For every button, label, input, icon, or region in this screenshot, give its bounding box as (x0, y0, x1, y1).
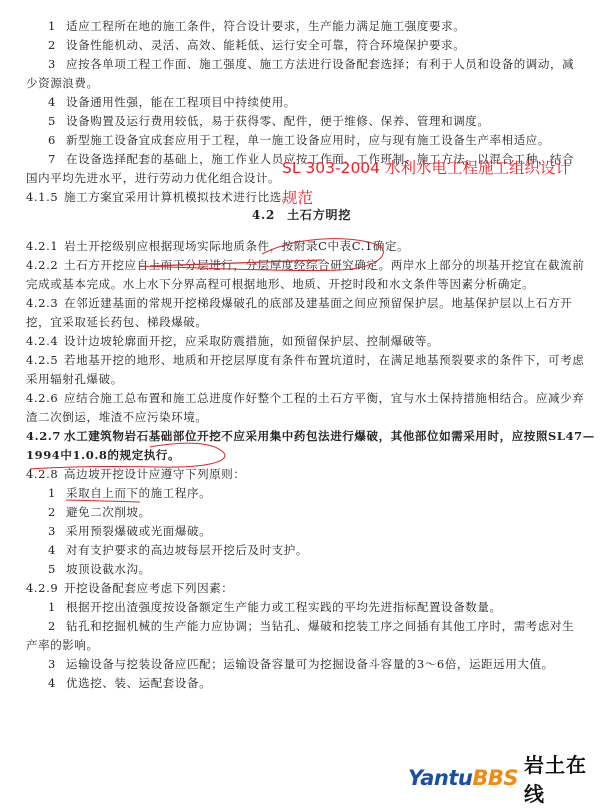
list-item: 2避免二次削坡。 (48, 504, 603, 520)
item-number: 3 (48, 656, 66, 672)
clause-number: 4.2.8 (26, 466, 64, 482)
clause-4-2-4: 4.2.4设计边坡轮廓面开挖，应采取防震措施，如预留保护层、控制爆破等。 (26, 333, 586, 349)
clause-continuation: 挖，宜采取延长药包、梯段爆破。 (26, 314, 586, 330)
watermark-logo: Yantu BBS 岩土在线 (408, 763, 603, 793)
clause-4-2-9: 4.2.9开挖设备配套应考虑下列因素： (26, 580, 586, 596)
item-number: 5 (48, 561, 66, 577)
document-page: 1适应工程所在地的施工条件，符合设计要求，生产能力满足施工强度要求。 2设备性能… (0, 0, 603, 808)
clause-text: 施工方案宜采用计算机模拟技术进行比选。 (64, 190, 294, 204)
item-text: 坡顶设截水沟。 (66, 562, 151, 576)
item-text: 对有支护要求的高边坡每层开挖后及时支护。 (66, 543, 308, 557)
list-item: 4优选挖、装、运配套设备。 (48, 675, 603, 691)
list-item: 2设备性能机动、灵活、高效、能耗低、运行安全可靠，符合环境保护要求。 (48, 37, 603, 53)
list-item: 1根据开挖出渣强度按设备额定生产能力或工程实践的平均先进指标配置设备数量。 (48, 599, 603, 615)
list-item: 1采取自上而下的施工程序。 (48, 485, 603, 501)
list-item: 6新型施工设备宜成套应用于工程，单一施工设备应用时，应与现有施工设备生产率相适应… (48, 132, 603, 148)
list-item: 4对有支护要求的高边坡每层开挖后及时支护。 (48, 542, 603, 558)
item-text: 钻孔和挖掘机械的生产能力应协调；当钻孔、爆破和挖装工序之间插有其他工序时，需考虑… (66, 619, 574, 633)
item-text: 优选挖、装、运配套设备。 (66, 676, 211, 690)
item-number: 2 (48, 618, 66, 634)
clause-text: 岩土开挖级别应根据现场实际地质条件，按附录C中表C.1确定。 (64, 239, 409, 253)
item-number: 3 (48, 523, 66, 539)
clause-4-2-2: 4.2.2土石方开挖应自上而下分层进行，分层厚度经综合研究确定。两岸水上部分的坝… (26, 257, 586, 273)
watermark-brand-cn: 岩土在线 (524, 749, 603, 807)
item-text: 采用预裂爆破或光面爆破。 (66, 524, 211, 538)
watermark-brand-bbs: BBS (472, 766, 518, 790)
list-item-continuation: 少资源浪费。 (26, 75, 586, 91)
clause-number: 4.2.5 (26, 352, 64, 368)
list-item-continuation: 产率的影响。 (26, 637, 586, 653)
clause-4-2-3: 4.2.3在邻近建基面的常规开挖梯段爆破孔的底部及建基面之间应预留保护层。地基保… (26, 295, 586, 311)
item-text: 设备购置及运行费用较低，易于获得零、配件，便于维修、保养、管理和调度。 (66, 114, 490, 128)
red-annotation-title: SL 303-2004 水利水电工程施工组织设计规范 (282, 153, 582, 213)
clause-text: 水工建筑物岩石基础部位开挖不应采用集中药包法进行爆破，其他部位如需采用时，应按照… (64, 429, 595, 443)
item-number: 4 (48, 94, 66, 110)
clause-number: 4.2.3 (26, 295, 64, 311)
item-text: 采取自上而下的施工程序。 (66, 486, 211, 500)
list-item: 3应按各单项工程工作面、施工强度、施工方法进行设备配套选择；有利于人员和设备的调… (48, 56, 603, 72)
item-number: 4 (48, 542, 66, 558)
clause-number: 4.1.5 (26, 189, 64, 205)
clause-number: 4.2.2 (26, 257, 64, 273)
item-text: 适应工程所在地的施工条件，符合设计要求，生产能力满足施工强度要求。 (66, 19, 465, 33)
clause-continuation: 渣二次倒运，堆渣不应污染环境。 (26, 409, 586, 425)
item-number: 5 (48, 113, 66, 129)
clause-text: 土石方开挖应自上而下分层进行，分层厚度经综合研究确定。两岸水上部分的坝基开挖宜在… (64, 258, 584, 272)
list-item: 5设备购置及运行费用较低，易于获得零、配件，便于维修、保养、管理和调度。 (48, 113, 603, 129)
clause-number: 4.2.7 (26, 428, 64, 444)
clause-continuation: 采用辐射孔爆破。 (26, 371, 586, 387)
clause-number: 4.2.9 (26, 580, 64, 596)
item-number: 2 (48, 37, 66, 53)
watermark-brand-yantu: Yantu (408, 766, 472, 790)
item-number: 1 (48, 18, 66, 34)
clause-4-2-5: 4.2.5若地基开挖的地形、地质和开挖层厚度有条件布置坑道时，在满足地基预裂要求… (26, 352, 586, 368)
clause-number: 4.2.6 (26, 390, 64, 406)
item-text: 新型施工设备宜成套应用于工程，单一施工设备应用时，应与现有施工设备生产率相适应。 (66, 133, 550, 147)
section-heading: 4.2土石方明挖 (0, 206, 603, 223)
clause-4-2-1: 4.2.1岩土开挖级别应根据现场实际地质条件，按附录C中表C.1确定。 (26, 238, 586, 254)
clause-text: 应结合施工总布置和施工总进度作好整个工程的土石方平衡，宜与水土保持措施相结合。应… (64, 391, 584, 405)
clause-number: 4.2.1 (26, 238, 64, 254)
list-item: 2钻孔和挖掘机械的生产能力应协调；当钻孔、爆破和挖装工序之间插有其他工序时，需考… (48, 618, 603, 634)
item-text: 应按各单项工程工作面、施工强度、施工方法进行设备配套选择；有利于人员和设备的调动… (66, 57, 574, 71)
item-text: 运输设备与挖装设备应匹配；运输设备容量可为挖掘设备斗容量的3～6倍，运距远用大值… (66, 657, 554, 671)
item-text: 设备通用性强，能在工程项目中持续使用。 (66, 95, 296, 109)
clause-4-2-8: 4.2.8高边坡开挖设计应遵守下列原则： (26, 466, 586, 482)
list-item: 1适应工程所在地的施工条件，符合设计要求，生产能力满足施工强度要求。 (48, 18, 603, 34)
list-item: 4设备通用性强，能在工程项目中持续使用。 (48, 94, 603, 110)
item-text: 根据开挖出渣强度按设备额定生产能力或工程实践的平均先进指标配置设备数量。 (66, 600, 502, 614)
section-number: 4.2 (252, 208, 275, 222)
item-number: 7 (48, 151, 66, 167)
item-number: 6 (48, 132, 66, 148)
clause-text: 在邻近建基面的常规开挖梯段爆破孔的底部及建基面之间应预留保护层。地基保护层以上石… (64, 296, 572, 310)
item-number: 3 (48, 56, 66, 72)
clause-continuation: 1994中1.0.8的规定执行。 (26, 447, 586, 463)
clause-continuation: 完成或基本完成。水上水下分界高程可根据地形、地质、开挖时段和水文条件等因素分析确… (26, 276, 586, 292)
list-item: 3运输设备与挖装设备应匹配；运输设备容量可为挖掘设备斗容量的3～6倍，运距远用大… (48, 656, 603, 672)
section-title: 土石方明挖 (287, 208, 351, 222)
clause-text: 设计边坡轮廓面开挖，应采取防震措施，如预留保护层、控制爆破等。 (64, 334, 439, 348)
item-number: 1 (48, 485, 66, 501)
list-item: 5坡顶设截水沟。 (48, 561, 603, 577)
clause-number: 4.2.4 (26, 333, 64, 349)
item-number: 4 (48, 675, 66, 691)
clause-4-2-6: 4.2.6应结合施工总布置和施工总进度作好整个工程的土石方平衡，宜与水土保持措施… (26, 390, 586, 406)
item-text: 避免二次削坡。 (66, 505, 151, 519)
clause-text: 高边坡开挖设计应遵守下列原则： (64, 467, 246, 481)
clause-4-2-7: 4.2.7水工建筑物岩石基础部位开挖不应采用集中药包法进行爆破，其他部位如需采用… (26, 428, 586, 444)
item-text: 设备性能机动、灵活、高效、能耗低、运行安全可靠，符合环境保护要求。 (66, 38, 465, 52)
clause-text: 若地基开挖的地形、地质和开挖层厚度有条件布置坑道时，在满足地基预裂要求的条件下，… (64, 353, 584, 367)
item-number: 2 (48, 504, 66, 520)
list-item: 3采用预裂爆破或光面爆破。 (48, 523, 603, 539)
clause-text: 开挖设备配套应考虑下列因素： (64, 581, 233, 595)
item-number: 1 (48, 599, 66, 615)
